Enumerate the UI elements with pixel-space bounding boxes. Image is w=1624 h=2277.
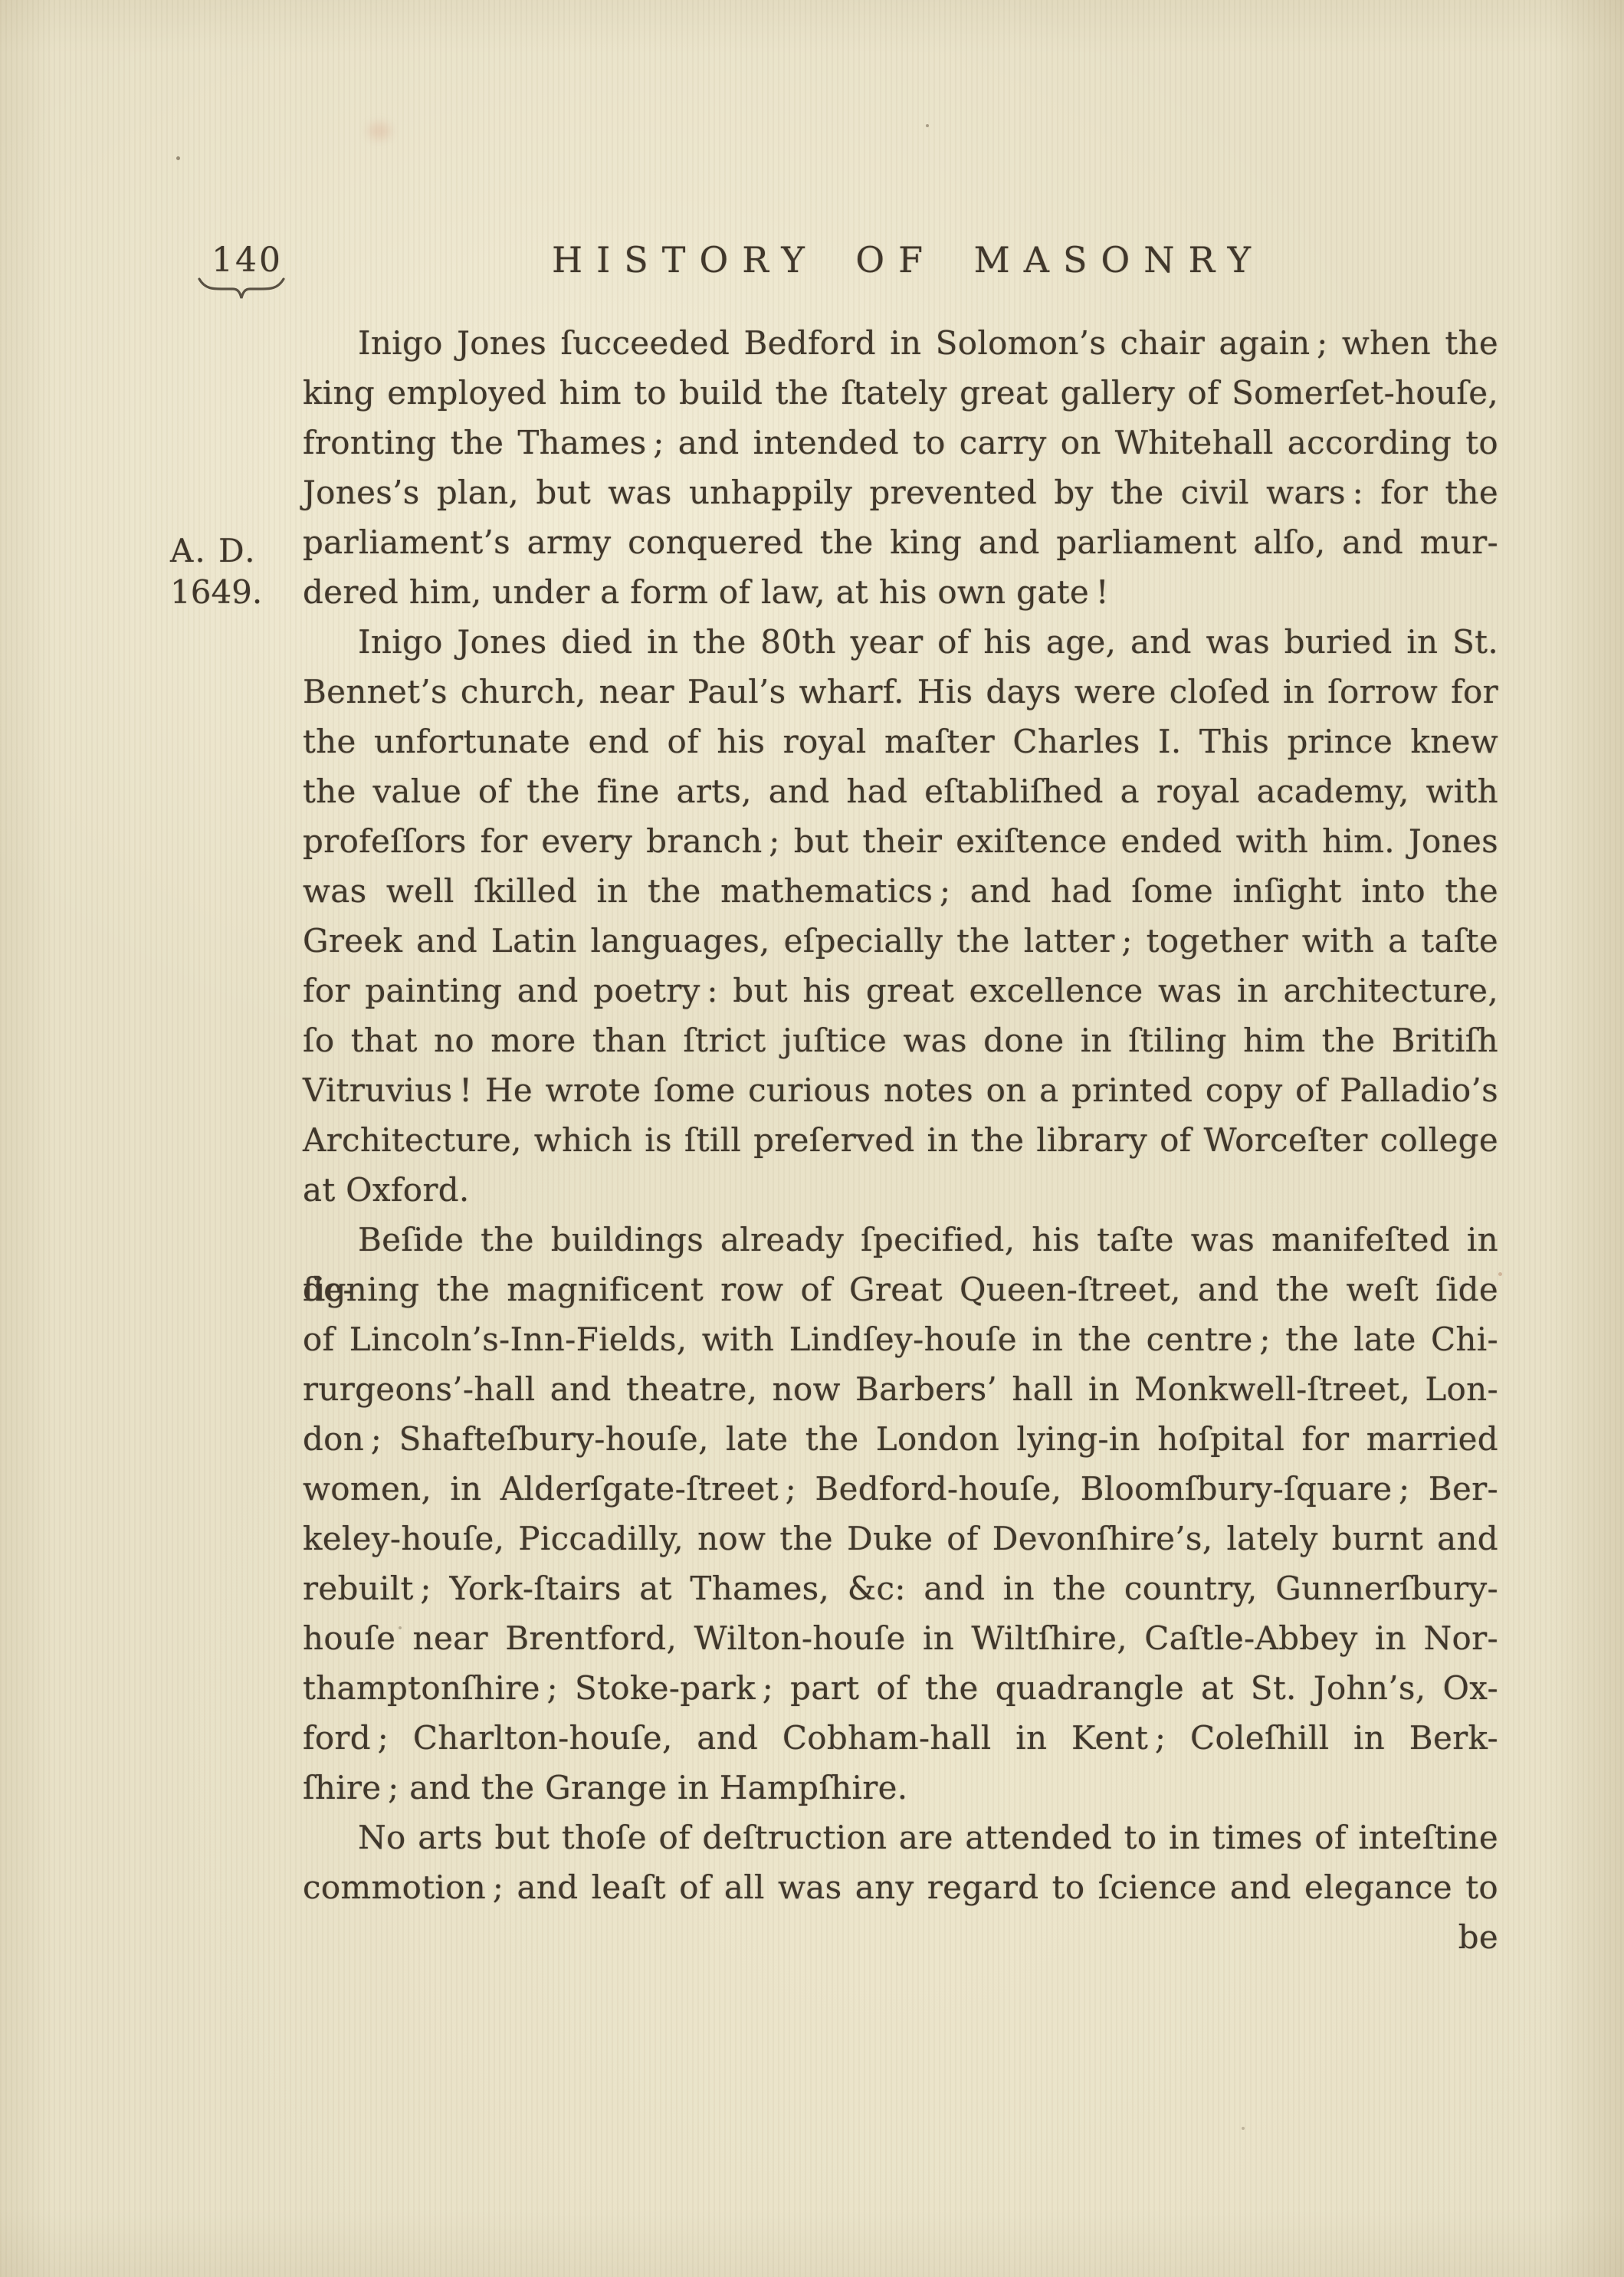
text-line: of Lincoln’s-Inn-Fields, with Lindſey-ho… <box>303 1314 1498 1364</box>
text-line: Architecture, which is ſtill preſerved i… <box>303 1115 1498 1165</box>
underbrace-ornament <box>196 276 287 302</box>
text-line: Bennet’s church, near Paul’s wharf. His … <box>303 667 1498 717</box>
text-line: ſigning the magnificent row of Great Que… <box>303 1265 1498 1314</box>
book-page: { "colors": { "paper": "#e8e1c7", "ink":… <box>0 0 1624 2277</box>
text-line: keley-houſe, Piccadilly, now the Duke of… <box>303 1514 1498 1563</box>
text-line: dered him, under a form of law, at his o… <box>303 567 1498 617</box>
paper-stain <box>368 123 391 139</box>
margin-note-year: 1649. <box>170 572 285 613</box>
text-line: houſe near Brentford, Wilton-houſe in Wi… <box>303 1613 1498 1663</box>
text-line: king employed him to build the ſtately g… <box>303 368 1498 418</box>
text-line: No arts but thoſe of deſtruction are att… <box>303 1813 1498 1862</box>
text-line: commotion ; and leaſt of all was any reg… <box>303 1862 1498 1912</box>
text-line: ford ; Charlton-houſe, and Cobham-hall i… <box>303 1713 1498 1763</box>
text-line: Beſide the buildings already ſpecified, … <box>303 1215 1498 1265</box>
text-line: ſo that no more than ſtrict juſtice was … <box>303 1015 1498 1065</box>
text-line: was well ſkilled in the mathematics ; an… <box>303 866 1498 916</box>
text-line: at Oxford. <box>303 1165 1498 1215</box>
text-line: rurgeons’-hall and theatre, now Barbers’… <box>303 1364 1498 1414</box>
text-line: women, in Alderſgate-ſtreet ; Bedford-ho… <box>303 1464 1498 1514</box>
text-block: Inigo Jones ſucceeded Bedford in Solomon… <box>303 318 1498 1962</box>
text-line: for painting and poetry : but his great … <box>303 966 1498 1015</box>
margin-date-note: A. D. 1649. <box>170 530 285 613</box>
text-line: Greek and Latin languages, eſpecially th… <box>303 916 1498 966</box>
running-title: HISTORY OF MASONRY <box>552 239 1265 281</box>
page-number: 140 <box>212 241 283 280</box>
paper-speck <box>1498 1272 1502 1276</box>
text-line: the unfortunate end of his royal maſter … <box>303 717 1498 766</box>
text-line: Inigo Jones ſucceeded Bedford in Solomon… <box>303 318 1498 368</box>
text-line: ſhire ; and the Grange in Hampſhire. <box>303 1763 1498 1813</box>
margin-note-ad: A. D. <box>170 530 285 572</box>
paper-speck <box>1242 2127 1245 2130</box>
text-line: the value of the fine arts, and had eſta… <box>303 766 1498 816</box>
catchword: be <box>303 1912 1498 1962</box>
text-line: Inigo Jones died in the 80th year of his… <box>303 617 1498 667</box>
text-line: parliament’s army conquered the king and… <box>303 517 1498 567</box>
text-line: fronting the Thames ; and intended to ca… <box>303 418 1498 468</box>
text-line: Vitruvius ! He wrote ſome curious notes … <box>303 1065 1498 1115</box>
text-line: rebuilt ; York-ſtairs at Thames, &c: and… <box>303 1563 1498 1613</box>
paper-speck <box>926 124 929 127</box>
text-line: thamptonſhire ; Stoke-park ; part of the… <box>303 1663 1498 1713</box>
text-line: don ; Shafteſbury-houſe, late the London… <box>303 1414 1498 1464</box>
text-line: profeſſors for every branch ; but their … <box>303 816 1498 866</box>
paper-speck <box>176 156 180 160</box>
text-line: Jones’s plan, but was unhappily prevente… <box>303 468 1498 517</box>
